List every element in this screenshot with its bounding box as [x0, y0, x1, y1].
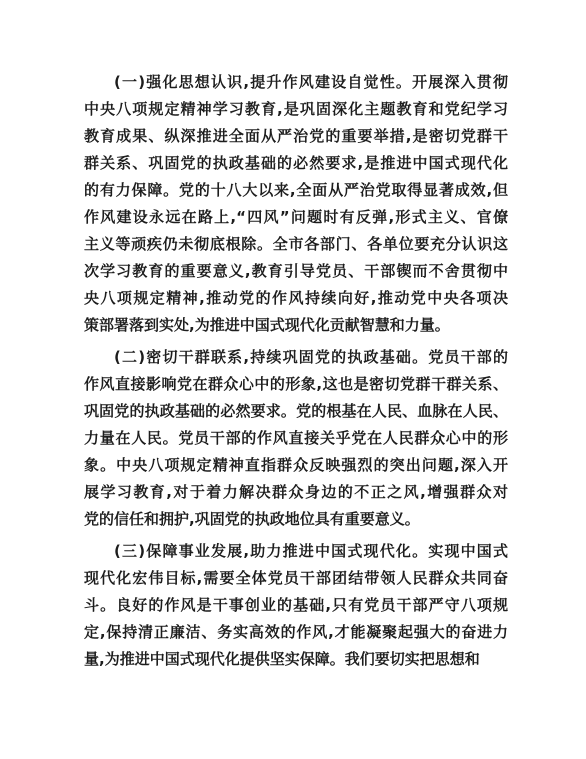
- text-line: 力量在人民。党员干部的作风直接关乎党在人民群众心中的形: [84, 425, 508, 452]
- text-line: 作风建设永远在路上,“四风”问题时有反弹,形式主义、官僚: [84, 204, 508, 231]
- text-line: 作风直接影响党在群众心中的形象,这也是密切党群干群关系、: [84, 371, 508, 398]
- text-line: 量,为推进中国式现代化提供坚实保障。我们要切实把思想和: [84, 646, 508, 673]
- text-line: (一)强化思想认识,提升作风建设自觉性。开展深入贯彻: [84, 69, 508, 96]
- paragraph-1: (一)强化思想认识,提升作风建设自觉性。开展深入贯彻中央八项规定精神学习教育,是…: [84, 69, 508, 339]
- document-page: (一)强化思想认识,提升作风建设自觉性。开展深入贯彻中央八项规定精神学习教育,是…: [0, 0, 586, 759]
- text-line: 象。中央八项规定精神直指群众反映强烈的突出问题,深入开: [84, 452, 508, 479]
- text-line: (三)保障事业发展,助力推进中国式现代化。实现中国式: [84, 538, 508, 565]
- text-line: 群关系、巩固党的执政基础的必然要求,是推进中国式现代化: [84, 150, 508, 177]
- text-line: 策部署落到实处,为推进中国式现代化贡献智慧和力量。: [84, 312, 508, 339]
- text-line: 党的信任和拥护,巩固党的执政地位具有重要意义。: [84, 506, 508, 533]
- paragraph-3: (三)保障事业发展,助力推进中国式现代化。实现中国式现代化宏伟目标,需要全体党员…: [84, 538, 508, 673]
- text-line: 次学习教育的重要意义,教育引导党员、干部锲而不舍贯彻中: [84, 258, 508, 285]
- text-line: 定,保持清正廉洁、务实高效的作风,才能凝聚起强大的奋进力: [84, 619, 508, 646]
- text-line: 斗。良好的作风是干事创业的基础,只有党员干部严守八项规: [84, 592, 508, 619]
- text-line: 中央八项规定精神学习教育,是巩固深化主题教育和党纪学习: [84, 96, 508, 123]
- text-line: 教育成果、纵深推进全面从严治党的重要举措,是密切党群干: [84, 123, 508, 150]
- document-body: (一)强化思想认识,提升作风建设自觉性。开展深入贯彻中央八项规定精神学习教育,是…: [84, 69, 508, 673]
- text-line: 现代化宏伟目标,需要全体党员干部团结带领人民群众共同奋: [84, 565, 508, 592]
- text-line: 展学习教育,对于着力解决群众身边的不正之风,增强群众对: [84, 479, 508, 506]
- text-line: 的有力保障。党的十八大以来,全面从严治党取得显著成效,但: [84, 177, 508, 204]
- text-line: 央八项规定精神,推动党的作风持续向好,推动党中央各项决: [84, 285, 508, 312]
- text-line: 主义等顽疾仍未彻底根除。全市各部门、各单位要充分认识这: [84, 231, 508, 258]
- text-line: (二)密切干群联系,持续巩固党的执政基础。党员干部的: [84, 344, 508, 371]
- text-line: 巩固党的执政基础的必然要求。党的根基在人民、血脉在人民、: [84, 398, 508, 425]
- paragraph-2: (二)密切干群联系,持续巩固党的执政基础。党员干部的作风直接影响党在群众心中的形…: [84, 344, 508, 533]
